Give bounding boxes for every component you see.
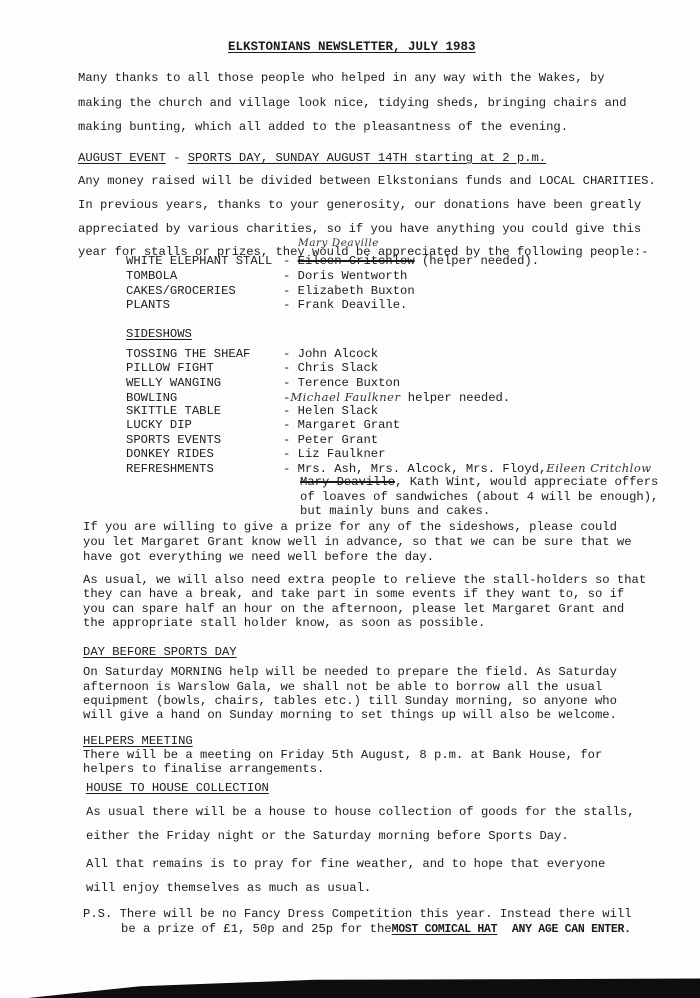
sideshow-label: BOWLING xyxy=(126,391,283,405)
sideshow-row: SKITTLE TABLE- Helen Slack xyxy=(126,404,378,418)
scan-edge-shadow xyxy=(0,972,700,998)
day-before-line: afternoon is Warslow Gala, we shall not … xyxy=(83,680,602,694)
stall-dash: - xyxy=(283,284,298,298)
refreshments-line: Mary Deaville, Kath Wint, would apprecia… xyxy=(300,475,658,489)
august-event-heading-a: AUGUST EVENT xyxy=(78,151,166,165)
sideshow-label: TOSSING THE SHEAF xyxy=(126,347,283,361)
august-event-heading-b: SPORTS DAY, SUNDAY AUGUST 14TH starting … xyxy=(188,151,546,165)
house-collection-line: either the Friday night or the Saturday … xyxy=(86,829,569,843)
sideshow-label: DONKEY RIDES xyxy=(126,447,283,461)
august-event-line: Any money raised will be divided between… xyxy=(78,174,656,188)
sideshow-row: WELLY WANGING- Terence Buxton xyxy=(126,376,400,390)
stall-row: TOMBOLA- Doris Wentworth xyxy=(126,269,407,283)
handwritten-name: Michael Faulkner xyxy=(290,390,400,404)
stall-suffix: (helper needed). xyxy=(415,254,539,268)
sideshow-value: - Chris Slack xyxy=(283,361,378,375)
stall-label: WHITE ELEPHANT STALL xyxy=(126,254,283,268)
house-collection-heading: HOUSE TO HOUSE COLLECTION xyxy=(86,781,269,795)
ps-line: P.S. There will be no Fancy Dress Compet… xyxy=(83,907,632,921)
stall-label: CAKES/GROCERIES xyxy=(126,284,283,298)
refreshments-label: REFRESHMENTS xyxy=(126,462,283,476)
refreshments-row: REFRESHMENTS- Mrs. Ash, Mrs. Alcock, Mrs… xyxy=(126,461,652,476)
august-event-heading: AUGUST EVENT - SPORTS DAY, SUNDAY AUGUST… xyxy=(78,151,546,165)
stall-dash: - xyxy=(283,298,298,312)
sideshow-label: SKITTLE TABLE xyxy=(126,404,283,418)
sideshows-heading: SIDESHOWS xyxy=(126,327,192,341)
day-before-line: will give a hand on Sunday morning to se… xyxy=(83,708,617,722)
stall-value: Doris Wentworth xyxy=(298,269,408,283)
day-before-line: On Saturday MORNING help will be needed … xyxy=(83,665,617,679)
sideshow-row: BOWLING-Michael Faulkner helper needed. xyxy=(126,390,510,405)
sideshow-value: - Terence Buxton xyxy=(283,376,400,390)
refreshments-line: of loaves of sandwiches (about 4 will be… xyxy=(300,490,658,504)
struck-name: Mary Deaville xyxy=(300,475,395,489)
helpers-meeting-heading: HELPERS MEETING xyxy=(83,734,193,748)
sideshow-label: LUCKY DIP xyxy=(126,418,283,432)
sideshow-value: - Margaret Grant xyxy=(283,418,400,432)
ps-text: be a prize of £1, 50p and 25p for the xyxy=(121,922,392,936)
helpers-meeting-line: helpers to finalise arrangements. xyxy=(83,762,324,776)
relief-line: As usual, we will also need extra people… xyxy=(83,573,646,587)
newsletter-page: ELKSTONIANS NEWSLETTER, JULY 1983 Many t… xyxy=(0,0,700,998)
comical-hat-stamp: MOST COMICAL HAT xyxy=(392,923,498,936)
august-event-line: In previous years, thanks to your genero… xyxy=(78,198,641,212)
sideshow-row: LUCKY DIP- Margaret Grant xyxy=(126,418,400,432)
sideshow-row: SPORTS EVENTS- Peter Grant xyxy=(126,433,378,447)
struck-name: Eileen Critchlow xyxy=(298,254,415,268)
stall-label: PLANTS xyxy=(126,298,283,312)
day-before-heading: DAY BEFORE SPORTS DAY xyxy=(83,645,237,659)
sideshow-value: - Helen Slack xyxy=(283,404,378,418)
sideshow-suffix: helper needed. xyxy=(400,391,510,405)
stall-label: TOMBOLA xyxy=(126,269,283,283)
sideshow-label: WELLY WANGING xyxy=(126,376,283,390)
day-before-line: equipment (bowls, chairs, tables etc.) t… xyxy=(83,694,617,708)
relief-line: you can spare half an hour on the aftern… xyxy=(83,602,624,616)
helpers-meeting-line: There will be a meeting on Friday 5th Au… xyxy=(83,748,602,762)
sideshow-value: - Peter Grant xyxy=(283,433,378,447)
relief-line: they can have a break, and take part in … xyxy=(83,587,624,601)
prize-line: have got everything we need well before … xyxy=(83,550,434,564)
any-age-stamp: ANY AGE CAN ENTER. xyxy=(512,923,631,936)
refreshments-line: but mainly buns and cakes. xyxy=(300,504,490,518)
stall-value: Elizabeth Buxton xyxy=(298,284,415,298)
prize-line: you let Margaret Grant know well in adva… xyxy=(83,535,632,549)
intro-line: Many thanks to all those people who help… xyxy=(78,71,605,85)
closing-line: will enjoy themselves as much as usual. xyxy=(86,881,371,895)
sideshow-row: PILLOW FIGHT- Chris Slack xyxy=(126,361,378,375)
house-collection-line: As usual there will be a house to house … xyxy=(86,805,635,819)
stall-row: WHITE ELEPHANT STALL- Eileen Critchlow (… xyxy=(126,254,539,268)
stall-dash: - xyxy=(283,254,298,268)
sideshow-row: DONKEY RIDES- Liz Faulkner xyxy=(126,447,385,461)
prize-line: If you are willing to give a prize for a… xyxy=(83,520,617,534)
closing-line: All that remains is to pray for fine wea… xyxy=(86,857,605,871)
stall-row: PLANTS- Frank Deaville. xyxy=(126,298,407,312)
intro-line: making bunting, which all added to the p… xyxy=(78,120,568,134)
stall-dash: - xyxy=(283,269,298,283)
sideshow-label: PILLOW FIGHT xyxy=(126,361,283,375)
newsletter-title: ELKSTONIANS NEWSLETTER, JULY 1983 xyxy=(228,40,476,54)
stall-value: Frank Deaville. xyxy=(298,298,408,312)
sideshow-value: - Liz Faulkner xyxy=(283,447,385,461)
heading-dash: - xyxy=(166,151,188,165)
sideshow-label: SPORTS EVENTS xyxy=(126,433,283,447)
refreshments-text: , Kath Wint, would appreciate offers xyxy=(395,475,658,489)
sideshow-row: TOSSING THE SHEAF- John Alcock xyxy=(126,347,378,361)
ps-line: be a prize of £1, 50p and 25p for theMOS… xyxy=(121,922,631,936)
intro-line: making the church and village look nice,… xyxy=(78,96,627,110)
stall-row: CAKES/GROCERIES- Elizabeth Buxton xyxy=(126,284,415,298)
august-event-line: appreciated by various charities, so if … xyxy=(78,222,641,236)
sideshow-value: - John Alcock xyxy=(283,347,378,361)
ps-prefix: P.S. xyxy=(83,907,112,921)
ps-text: There will be no Fancy Dress Competition… xyxy=(120,907,632,921)
refreshments-line: - Mrs. Ash, Mrs. Alcock, Mrs. Floyd, xyxy=(283,462,546,476)
handwritten-correction: Mary Deaville xyxy=(298,237,379,249)
handwritten-name: Eileen Critchlow xyxy=(546,461,651,475)
relief-line: the appropriate stall holder know, as so… xyxy=(83,616,485,630)
